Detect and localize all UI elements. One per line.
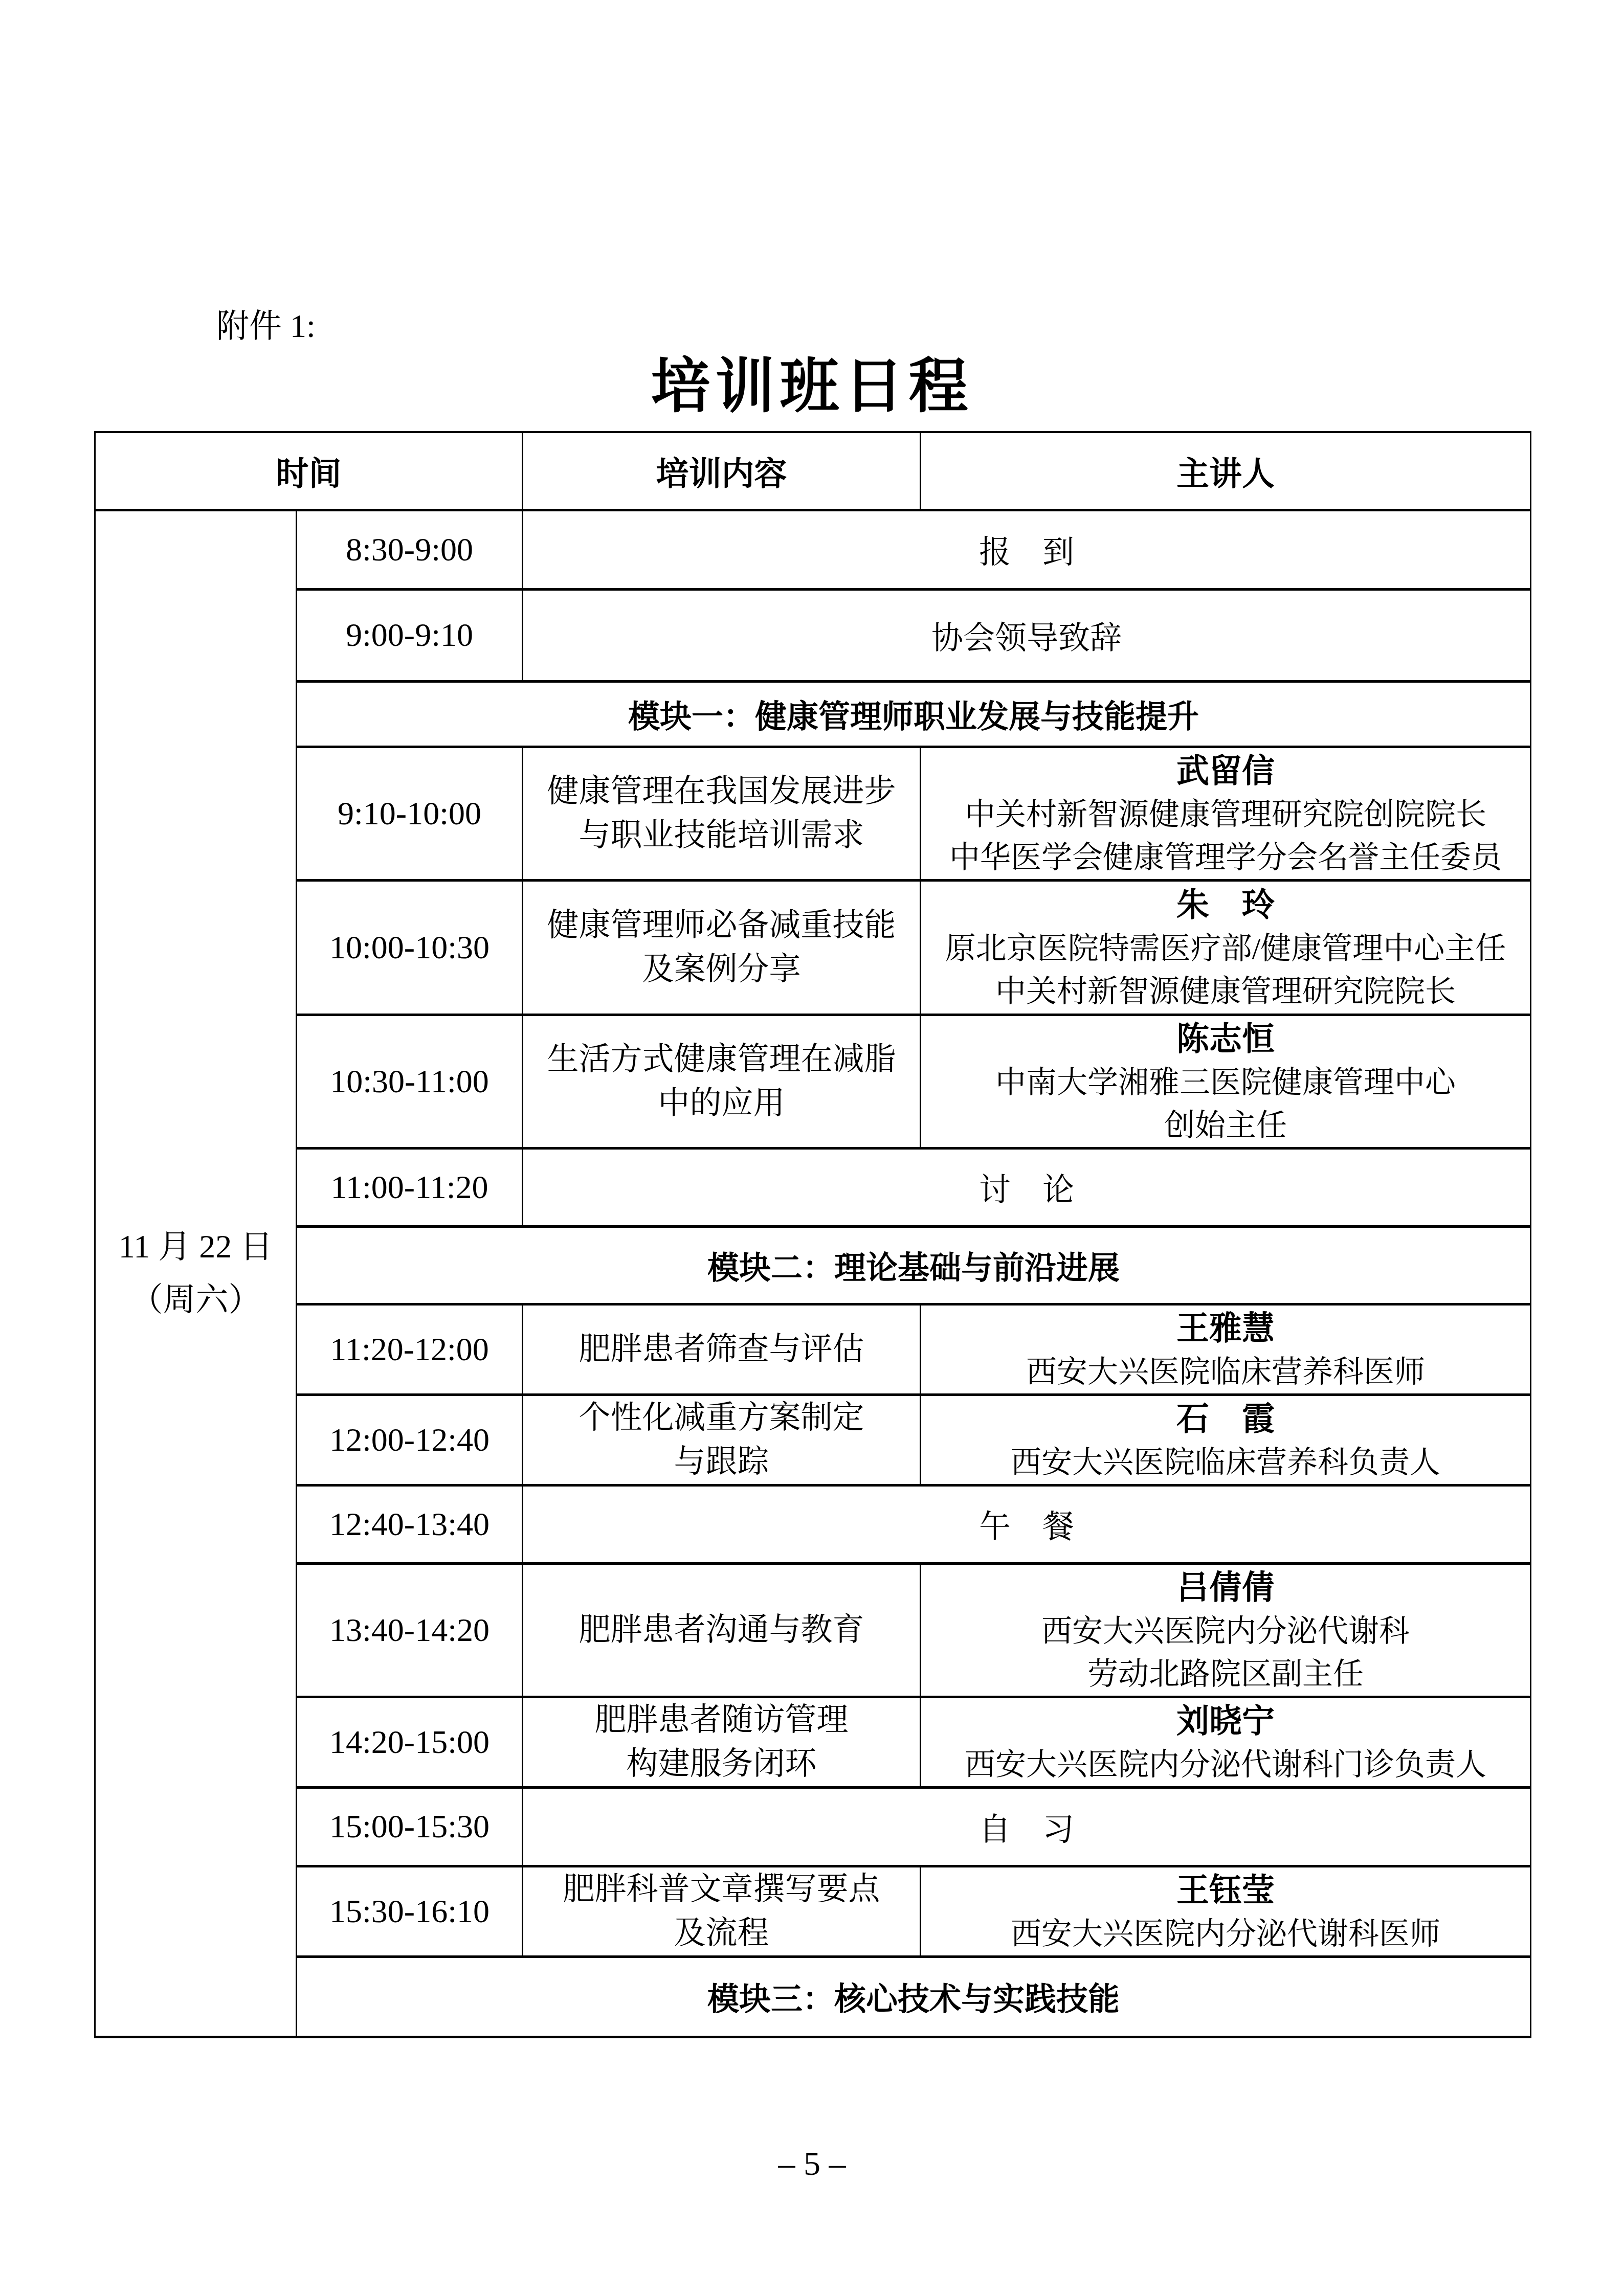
activity-cell: 午 餐	[523, 1485, 1531, 1563]
time-cell: 14:20-15:00	[297, 1697, 523, 1787]
speaker-cell: 武留信中关村新智源健康管理研究院创院院长中华医学会健康管理学分会名誉主任委员	[921, 747, 1531, 880]
content-line: 个性化减重方案制定	[523, 1396, 920, 1440]
time-cell: 8:30-9:00	[297, 510, 523, 589]
table-row: 9:00-9:10协会领导致辞	[95, 589, 1531, 681]
speaker-affiliation: 中南大学湘雅三医院健康管理中心	[921, 1061, 1530, 1104]
table-row: 模块三：核心技术与实践技能	[95, 1956, 1531, 2037]
time-cell: 11:00-11:20	[297, 1148, 523, 1226]
header-cell-content: 培训内容	[523, 432, 921, 510]
speaker-affiliation: 中华医学会健康管理学分会名誉主任委员	[921, 836, 1530, 879]
schedule-table: 时间 培训内容 主讲人 11 月 22 日（周六）8:30-9:00报 到9:0…	[94, 431, 1531, 2038]
module-header-cell: 模块二：理论基础与前沿进展	[297, 1226, 1531, 1304]
table-row: 11 月 22 日（周六）8:30-9:00报 到	[95, 510, 1531, 589]
speaker-name: 王雅慧	[921, 1305, 1530, 1350]
table-row: 12:00-12:40个性化减重方案制定与跟踪石 霞西安大兴医院临床营养科负责人	[95, 1394, 1531, 1485]
table-row: 15:30-16:10肥胖科普文章撰写要点及流程王钰莹西安大兴医院内分泌代谢科医…	[95, 1866, 1531, 1956]
content-cell: 肥胖患者随访管理构建服务闭环	[523, 1697, 921, 1787]
content-line: 及案例分享	[523, 948, 920, 992]
time-cell: 9:00-9:10	[297, 589, 523, 681]
document-page: 附件 1: 培训班日程 时间 培训内容 主讲人 11 月 22 日（周六）8:3…	[0, 0, 1624, 2296]
table-row: 11:20-12:00肥胖患者筛查与评估王雅慧西安大兴医院临床营养科医师	[95, 1304, 1531, 1394]
speaker-affiliation: 西安大兴医院临床营养科负责人	[921, 1441, 1530, 1484]
table-row: 15:00-15:30自 习	[95, 1787, 1531, 1866]
content-cell: 健康管理师必备减重技能及案例分享	[523, 880, 921, 1015]
table-row: 10:00-10:30健康管理师必备减重技能及案例分享朱 玲原北京医院特需医疗部…	[95, 880, 1531, 1015]
activity-cell: 报 到	[523, 510, 1531, 589]
activity-cell: 协会领导致辞	[523, 589, 1531, 681]
content-line: 健康管理师必备减重技能	[523, 904, 920, 948]
table-row: 13:40-14:20肥胖患者沟通与教育吕倩倩西安大兴医院内分泌代谢科劳动北路院…	[95, 1563, 1531, 1697]
speaker-cell: 刘晓宁西安大兴医院内分泌代谢科门诊负责人	[921, 1697, 1531, 1787]
time-cell: 15:00-15:30	[297, 1787, 523, 1866]
speaker-cell: 王雅慧西安大兴医院临床营养科医师	[921, 1304, 1531, 1394]
time-cell: 10:00-10:30	[297, 880, 523, 1015]
content-line: 构建服务闭环	[523, 1742, 920, 1786]
speaker-cell: 王钰莹西安大兴医院内分泌代谢科医师	[921, 1866, 1531, 1956]
table-row: 12:40-13:40午 餐	[95, 1485, 1531, 1563]
date-cell: 11 月 22 日（周六）	[95, 510, 297, 2037]
speaker-cell: 陈志恒中南大学湘雅三医院健康管理中心创始主任	[921, 1015, 1531, 1148]
page-number: – 5 –	[0, 2144, 1624, 2185]
table-row: 14:20-15:00肥胖患者随访管理构建服务闭环刘晓宁西安大兴医院内分泌代谢科…	[95, 1697, 1531, 1787]
time-cell: 12:00-12:40	[297, 1394, 523, 1485]
table-row: 模块二：理论基础与前沿进展	[95, 1226, 1531, 1304]
page-title: 培训班日程	[94, 349, 1530, 425]
time-cell: 15:30-16:10	[297, 1866, 523, 1956]
header-row: 时间 培训内容 主讲人	[95, 432, 1531, 510]
speaker-name: 石 霞	[921, 1396, 1530, 1441]
speaker-affiliation: 西安大兴医院内分泌代谢科医师	[921, 1912, 1530, 1955]
module-header-cell: 模块一：健康管理师职业发展与技能提升	[297, 681, 1531, 747]
attachment-label: 附件 1:	[216, 306, 316, 347]
content-line: 与跟踪	[523, 1440, 920, 1484]
speaker-affiliation: 中关村新智源健康管理研究院院长	[921, 970, 1530, 1013]
content-cell: 肥胖科普文章撰写要点及流程	[523, 1866, 921, 1956]
content-cell: 生活方式健康管理在减脂中的应用	[523, 1015, 921, 1148]
content-line: 与职业技能培训需求	[523, 814, 920, 858]
time-cell: 12:40-13:40	[297, 1485, 523, 1563]
speaker-affiliation: 原北京医院特需医疗部/健康管理中心主任	[921, 927, 1530, 970]
content-line: 肥胖科普文章撰写要点	[523, 1867, 920, 1911]
time-cell: 11:20-12:00	[297, 1304, 523, 1394]
content-cell: 肥胖患者筛查与评估	[523, 1304, 921, 1394]
speaker-affiliation: 中关村新智源健康管理研究院创院院长	[921, 793, 1530, 836]
content-line: 肥胖患者随访管理	[523, 1698, 920, 1742]
module-header-cell: 模块三：核心技术与实践技能	[297, 1956, 1531, 2037]
speaker-name: 吕倩倩	[921, 1565, 1530, 1610]
speaker-name: 武留信	[921, 748, 1530, 793]
header-cell-speaker: 主讲人	[921, 432, 1531, 510]
content-cell: 肥胖患者沟通与教育	[523, 1563, 921, 1697]
speaker-cell: 吕倩倩西安大兴医院内分泌代谢科劳动北路院区副主任	[921, 1563, 1531, 1697]
content-cell: 健康管理在我国发展进步与职业技能培训需求	[523, 747, 921, 880]
speaker-name: 刘晓宁	[921, 1698, 1530, 1743]
date-line-1: 11 月 22 日	[96, 1220, 296, 1273]
time-cell: 10:30-11:00	[297, 1015, 523, 1148]
table-row: 10:30-11:00生活方式健康管理在减脂中的应用陈志恒中南大学湘雅三医院健康…	[95, 1015, 1531, 1148]
speaker-name: 陈志恒	[921, 1016, 1530, 1061]
speaker-cell: 石 霞西安大兴医院临床营养科负责人	[921, 1394, 1531, 1485]
speaker-name: 朱 玲	[921, 882, 1530, 927]
speaker-cell: 朱 玲原北京医院特需医疗部/健康管理中心主任中关村新智源健康管理研究院院长	[921, 880, 1531, 1015]
speaker-affiliation: 劳动北路院区副主任	[921, 1653, 1530, 1696]
content-line: 及流程	[523, 1911, 920, 1955]
table-row: 9:10-10:00健康管理在我国发展进步与职业技能培训需求武留信中关村新智源健…	[95, 747, 1531, 880]
table-row: 模块一：健康管理师职业发展与技能提升	[95, 681, 1531, 747]
speaker-affiliation: 西安大兴医院内分泌代谢科	[921, 1610, 1530, 1653]
speaker-affiliation: 西安大兴医院内分泌代谢科门诊负责人	[921, 1743, 1530, 1786]
content-line: 肥胖患者筛查与评估	[523, 1327, 920, 1371]
activity-cell: 讨 论	[523, 1148, 1531, 1226]
speaker-name: 王钰莹	[921, 1867, 1530, 1912]
date-line-2: （周六）	[96, 1273, 296, 1326]
speaker-affiliation: 创始主任	[921, 1104, 1530, 1147]
time-cell: 13:40-14:20	[297, 1563, 523, 1697]
time-cell: 9:10-10:00	[297, 747, 523, 880]
content-line: 生活方式健康管理在减脂	[523, 1038, 920, 1082]
content-cell: 个性化减重方案制定与跟踪	[523, 1394, 921, 1485]
content-line: 健康管理在我国发展进步	[523, 770, 920, 814]
table-row: 11:00-11:20讨 论	[95, 1148, 1531, 1226]
content-line: 中的应用	[523, 1082, 920, 1126]
speaker-affiliation: 西安大兴医院临床营养科医师	[921, 1350, 1530, 1393]
content-line: 肥胖患者沟通与教育	[523, 1608, 920, 1652]
header-cell-time: 时间	[95, 432, 523, 510]
activity-cell: 自 习	[523, 1787, 1531, 1866]
